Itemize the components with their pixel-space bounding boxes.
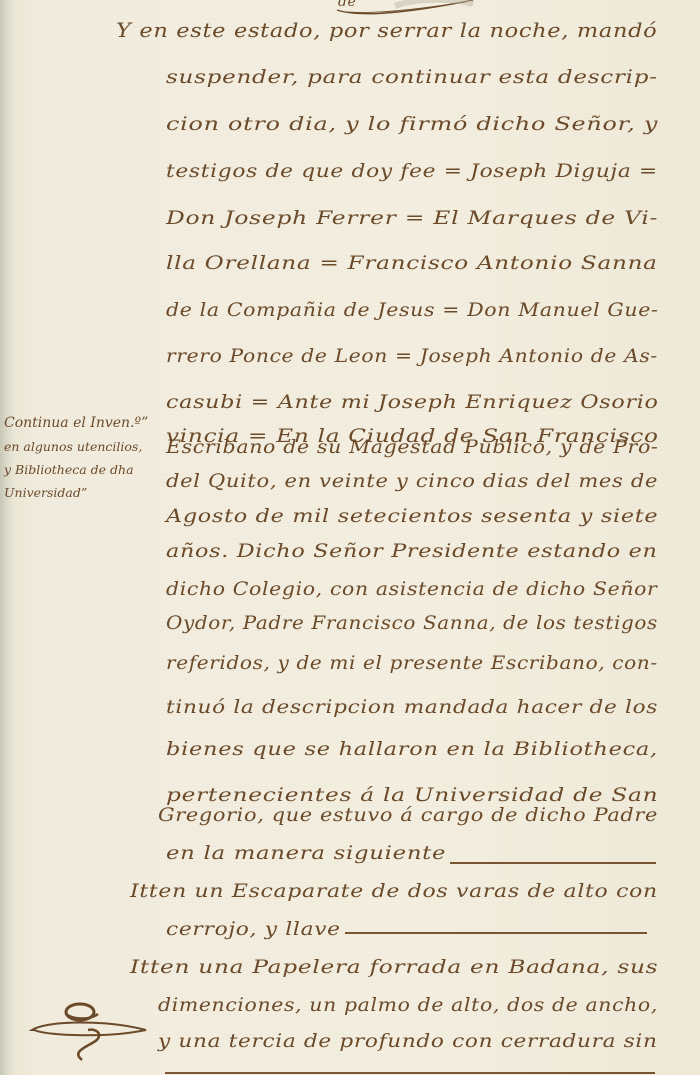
body-line: cerrojo, y llave — [166, 918, 341, 940]
body-line: testigos de que doy fee = Joseph Diguja … — [166, 160, 658, 182]
body-line: Itten una Papelera forrada en Badana, su… — [130, 956, 658, 978]
body-line: en la manera siguiente — [166, 842, 446, 864]
body-line: casubi = Ante mi Joseph Enriquez Osorio — [166, 391, 659, 413]
body-line: Gregorio, que estuvo á cargo de dicho Pa… — [158, 804, 658, 826]
body-line: vincia = En la Ciudad de San Francisco — [166, 425, 659, 447]
body-line: dimenciones, un palmo de alto, dos de an… — [158, 994, 658, 1016]
body-line: Don Joseph Ferrer = El Marques de Vi- — [166, 207, 658, 229]
top-fragment: de — [338, 0, 356, 10]
margin-note-line: Continua el Inven.º” — [4, 412, 164, 435]
body-line: de la Compañia de Jesus = Don Manuel Gue… — [166, 299, 659, 321]
margin-note-line: Universidad” — [4, 481, 164, 504]
line-filler-rule — [165, 1072, 655, 1074]
body-line: tinuó la descripcion mandada hacer de lo… — [166, 696, 658, 718]
body-line: bienes que se hallaron en la Bibliotheca… — [166, 738, 658, 760]
margin-note-line: y Bibliotheca de dha — [4, 458, 164, 481]
body-line: referidos, y de mi el presente Escribano… — [166, 652, 658, 674]
body-line: Agosto de mil setecientos sesenta y siet… — [166, 505, 658, 527]
body-line: cion otro dia, y lo firmó dicho Señor, y — [166, 113, 658, 135]
body-line: suspender, para continuar esta descrip- — [166, 66, 658, 88]
body-line: años. Dicho Señor Presidente estando en — [166, 540, 658, 562]
manuscript-page: de Continua el Inven.º” en algunos utenc… — [0, 0, 700, 1075]
body-line: Itten un Escaparate de dos varas de alto… — [130, 880, 658, 902]
body-line: rrero Ponce de Leon = Joseph Antonio de … — [166, 345, 658, 367]
body-line: Y en este estado, por serrar la noche, m… — [116, 18, 657, 42]
body-line: pertenecientes á la Universidad de San — [166, 784, 658, 806]
line-filler-rule — [450, 862, 656, 864]
body-line: lla Orellana = Francisco Antonio Sanna — [166, 252, 658, 274]
body-line: y una tercia de profundo con cerradura s… — [158, 1030, 658, 1052]
body-line: del Quito, en veinte y cinco dias del me… — [166, 470, 658, 492]
body-line: Oydor, Padre Francisco Sanna, de los tes… — [166, 612, 658, 634]
rubric-signature-icon — [28, 990, 148, 1065]
body-line: dicho Colegio, con asistencia de dicho S… — [166, 578, 657, 600]
line-filler-rule — [345, 932, 647, 934]
margin-note-line: en algunos utencilios, — [4, 435, 164, 458]
margin-note: Continua el Inven.º” en algunos utencili… — [4, 412, 164, 504]
